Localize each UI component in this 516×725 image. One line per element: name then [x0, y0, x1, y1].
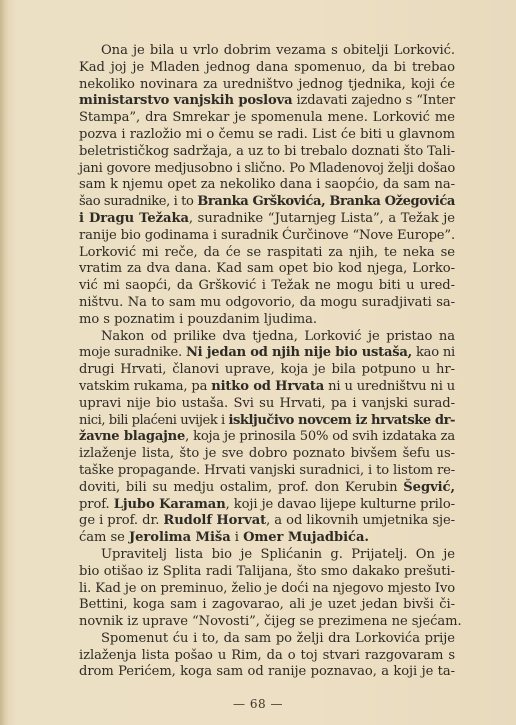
text-line: beletrističkog sadržaja, a uz to bi treb…	[79, 144, 455, 161]
text-run: ćam se	[79, 530, 129, 545]
text-run: jani govore medjusobno i slično. Po Mlad…	[79, 161, 455, 176]
text-line: Bettini, koga sam i zagovarao, ali je uz…	[79, 597, 455, 614]
text-run: beletrističkog sadržaja, a uz to bi treb…	[79, 144, 455, 159]
paragraph: Upravitelj lista bio je Splićanin g. Pri…	[79, 547, 455, 631]
text-run: nici, bili plaćeni uvijek i	[79, 413, 228, 428]
text-run: ni u uredništvu ni u	[324, 379, 455, 394]
text-run: mo s poznatim i pouzdanim ljudima.	[79, 312, 317, 327]
text-line: ge i prof. dr. Rudolf Horvat, a od likov…	[79, 513, 455, 530]
text-run: pozva i razložio mi o čemu se radi. List…	[79, 127, 455, 142]
text-run: i	[231, 530, 243, 545]
text-line: ćam se Jerolima Miša i Omer Mujadbića.	[79, 530, 455, 547]
text-run: Ona je bila u vrlo dobrim vezama s obite…	[101, 43, 455, 58]
text-line: moje suradnike. Ni jedan od njih nije bi…	[79, 345, 455, 362]
text-run: izlaženja lista pošao u Rim, da o toj st…	[79, 648, 455, 663]
bold-text: nitko od Hrvata	[211, 379, 324, 394]
text-run: ništvu. Na to sam mu odgovorio, da mogu …	[79, 295, 455, 310]
text-run: novnik iz uprave “Novosti”, čijeg se pre…	[79, 614, 462, 629]
text-run: Stampa”, dra Smrekar je spomenula mene. …	[79, 110, 455, 125]
text-run: li. Kad je on preminuo, želio je doći na…	[79, 581, 455, 596]
bold-text: Rudolf Horvat	[163, 513, 266, 528]
text-line: mo s poznatim i pouzdanim ljudima.	[79, 312, 455, 329]
text-run: prof.	[79, 497, 114, 512]
text-line: novnik iz uprave “Novosti”, čijeg se pre…	[79, 614, 455, 631]
text-line: nekoliko novinara za uredništvo jednog t…	[79, 77, 455, 94]
bold-text: isključivo novcem iz hrvatske dr-	[228, 413, 455, 428]
text-line: pozva i razložio mi o čemu se radi. List…	[79, 127, 455, 144]
text-run: , a od likovnih umjetnika sje-	[266, 513, 455, 528]
text-run: kao ni	[412, 345, 455, 360]
text-run: izlaženje lista, što je sve dobro poznat…	[79, 446, 455, 461]
page-body-text: Ona je bila u vrlo dobrim vezama s obite…	[79, 43, 455, 681]
text-run: doviti, bili su medju ostalim, prof. don…	[79, 480, 403, 495]
paragraph: Ona je bila u vrlo dobrim vezama s obite…	[79, 43, 455, 329]
text-line: šao suradnike, i to Branka Grškovića, Br…	[79, 194, 455, 211]
bold-text: žavne blagajne	[79, 429, 185, 444]
page-number: — 68 —	[0, 697, 516, 711]
text-run: sam k njemu opet za nekoliko dana i saop…	[79, 177, 455, 192]
text-run: vić mi saopći, da Gršković i Težak ne mo…	[79, 278, 455, 293]
text-line: vatskim rukama, pa nitko od Hrvata ni u …	[79, 379, 455, 396]
text-run: , koja je prinosila 50% od svih izdataka…	[185, 429, 455, 444]
text-line: drom Perićem, koga sam od ranije poznava…	[79, 664, 455, 681]
text-line: Lorković mi reče, da će se raspitati za …	[79, 245, 455, 262]
text-line: doviti, bili su medju ostalim, prof. don…	[79, 480, 455, 497]
text-run: vatskim rukama, pa	[79, 379, 211, 394]
text-run: izdavati zajedno s “Inter	[292, 93, 455, 108]
page-spine-shadow	[0, 0, 8, 725]
text-line: ministarstvo vanjskih poslova izdavati z…	[79, 93, 455, 110]
text-run: moje suradnike.	[79, 345, 186, 360]
bold-text: Omer Mujadbića.	[243, 530, 369, 545]
text-run: nekoliko novinara za uredništvo jednog t…	[79, 77, 455, 92]
text-line: vratim za dva dana. Kad sam opet bio kod…	[79, 261, 455, 278]
text-line: Spomenut ću i to, da sam po želji dra Lo…	[79, 631, 455, 648]
text-line: prof. Ljubo Karaman, koji je davao lijep…	[79, 497, 455, 514]
text-run: Lorković mi reče, da će se raspitati za …	[79, 245, 455, 260]
text-line: taške propagande. Hrvati vanjski suradni…	[79, 463, 455, 480]
text-line: upravi nije bio ustaša. Svi su Hrvati, p…	[79, 396, 455, 413]
text-run: Upravitelj lista bio je Splićanin g. Pri…	[101, 547, 455, 562]
text-line: žavne blagajne, koja je prinosila 50% od…	[79, 429, 455, 446]
text-run: upravi nije bio ustaša. Svi su Hrvati, p…	[79, 396, 455, 411]
bold-text: i Dragu Težaka	[79, 211, 189, 226]
text-line: bio otišao iz Splita radi Talijana, što …	[79, 564, 455, 581]
text-run: Kad joj je Mladen jednog dana spomenuo, …	[79, 60, 455, 75]
paragraph: Spomenut ću i to, da sam po želji dra Lo…	[79, 631, 455, 681]
text-line: ništvu. Na to sam mu odgovorio, da mogu …	[79, 295, 455, 312]
text-run: vratim za dva dana. Kad sam opet bio kod…	[79, 261, 455, 276]
text-run: Bettini, koga sam i zagovarao, ali je uz…	[79, 597, 455, 612]
text-run: drom Perićem, koga sam od ranije poznava…	[79, 664, 455, 679]
text-line: vić mi saopći, da Gršković i Težak ne mo…	[79, 278, 455, 295]
text-run: , koji je davao lijepe kulturne prilo-	[226, 497, 455, 512]
text-line: li. Kad je on preminuo, želio je doći na…	[79, 581, 455, 598]
bold-text: Jerolima Miša	[129, 530, 231, 545]
text-run: ranije bio godinama i suradnik Ćurčinove…	[79, 228, 455, 243]
text-run: drugi Hrvati, članovi uprave, koja je bi…	[79, 362, 455, 377]
text-line: ranije bio godinama i suradnik Ćurčinove…	[79, 228, 455, 245]
text-run: , suradnike “Jutarnjeg Lista”, a Težak j…	[189, 211, 455, 226]
text-run: ge i prof. dr.	[79, 513, 163, 528]
text-line: nici, bili plaćeni uvijek i isključivo n…	[79, 413, 455, 430]
bold-text: Branka Grškovića, Branka Ožegovića	[197, 194, 455, 209]
text-line: Ona je bila u vrlo dobrim vezama s obite…	[79, 43, 455, 60]
bold-text: Šegvić,	[403, 480, 455, 495]
text-run: Spomenut ću i to, da sam po želji dra Lo…	[101, 631, 455, 646]
text-line: izlaženje lista, što je sve dobro poznat…	[79, 446, 455, 463]
text-line: drugi Hrvati, članovi uprave, koja je bi…	[79, 362, 455, 379]
paragraph: Nakon od prilike dva tjedna, Lorković je…	[79, 329, 455, 547]
text-line: Stampa”, dra Smrekar je spomenula mene. …	[79, 110, 455, 127]
text-line: Upravitelj lista bio je Splićanin g. Pri…	[79, 547, 455, 564]
text-run: taške propagande. Hrvati vanjski suradni…	[79, 463, 455, 478]
text-line: izlaženja lista pošao u Rim, da o toj st…	[79, 648, 455, 665]
text-line: Nakon od prilike dva tjedna, Lorković je…	[79, 329, 455, 346]
bold-text: ministarstvo vanjskih poslova	[79, 93, 292, 108]
bold-text: Ljubo Karaman	[114, 497, 226, 512]
text-line: sam k njemu opet za nekoliko dana i saop…	[79, 177, 455, 194]
text-line: i Dragu Težaka, suradnike “Jutarnjeg Lis…	[79, 211, 455, 228]
text-line: Kad joj je Mladen jednog dana spomenuo, …	[79, 60, 455, 77]
text-run: Nakon od prilike dva tjedna, Lorković je…	[101, 329, 455, 344]
text-run: šao suradnike, i to	[79, 194, 197, 209]
bold-text: Ni jedan od njih nije bio ustaša,	[186, 345, 412, 360]
text-run: bio otišao iz Splita radi Talijana, što …	[79, 564, 455, 579]
text-line: jani govore medjusobno i slično. Po Mlad…	[79, 161, 455, 178]
